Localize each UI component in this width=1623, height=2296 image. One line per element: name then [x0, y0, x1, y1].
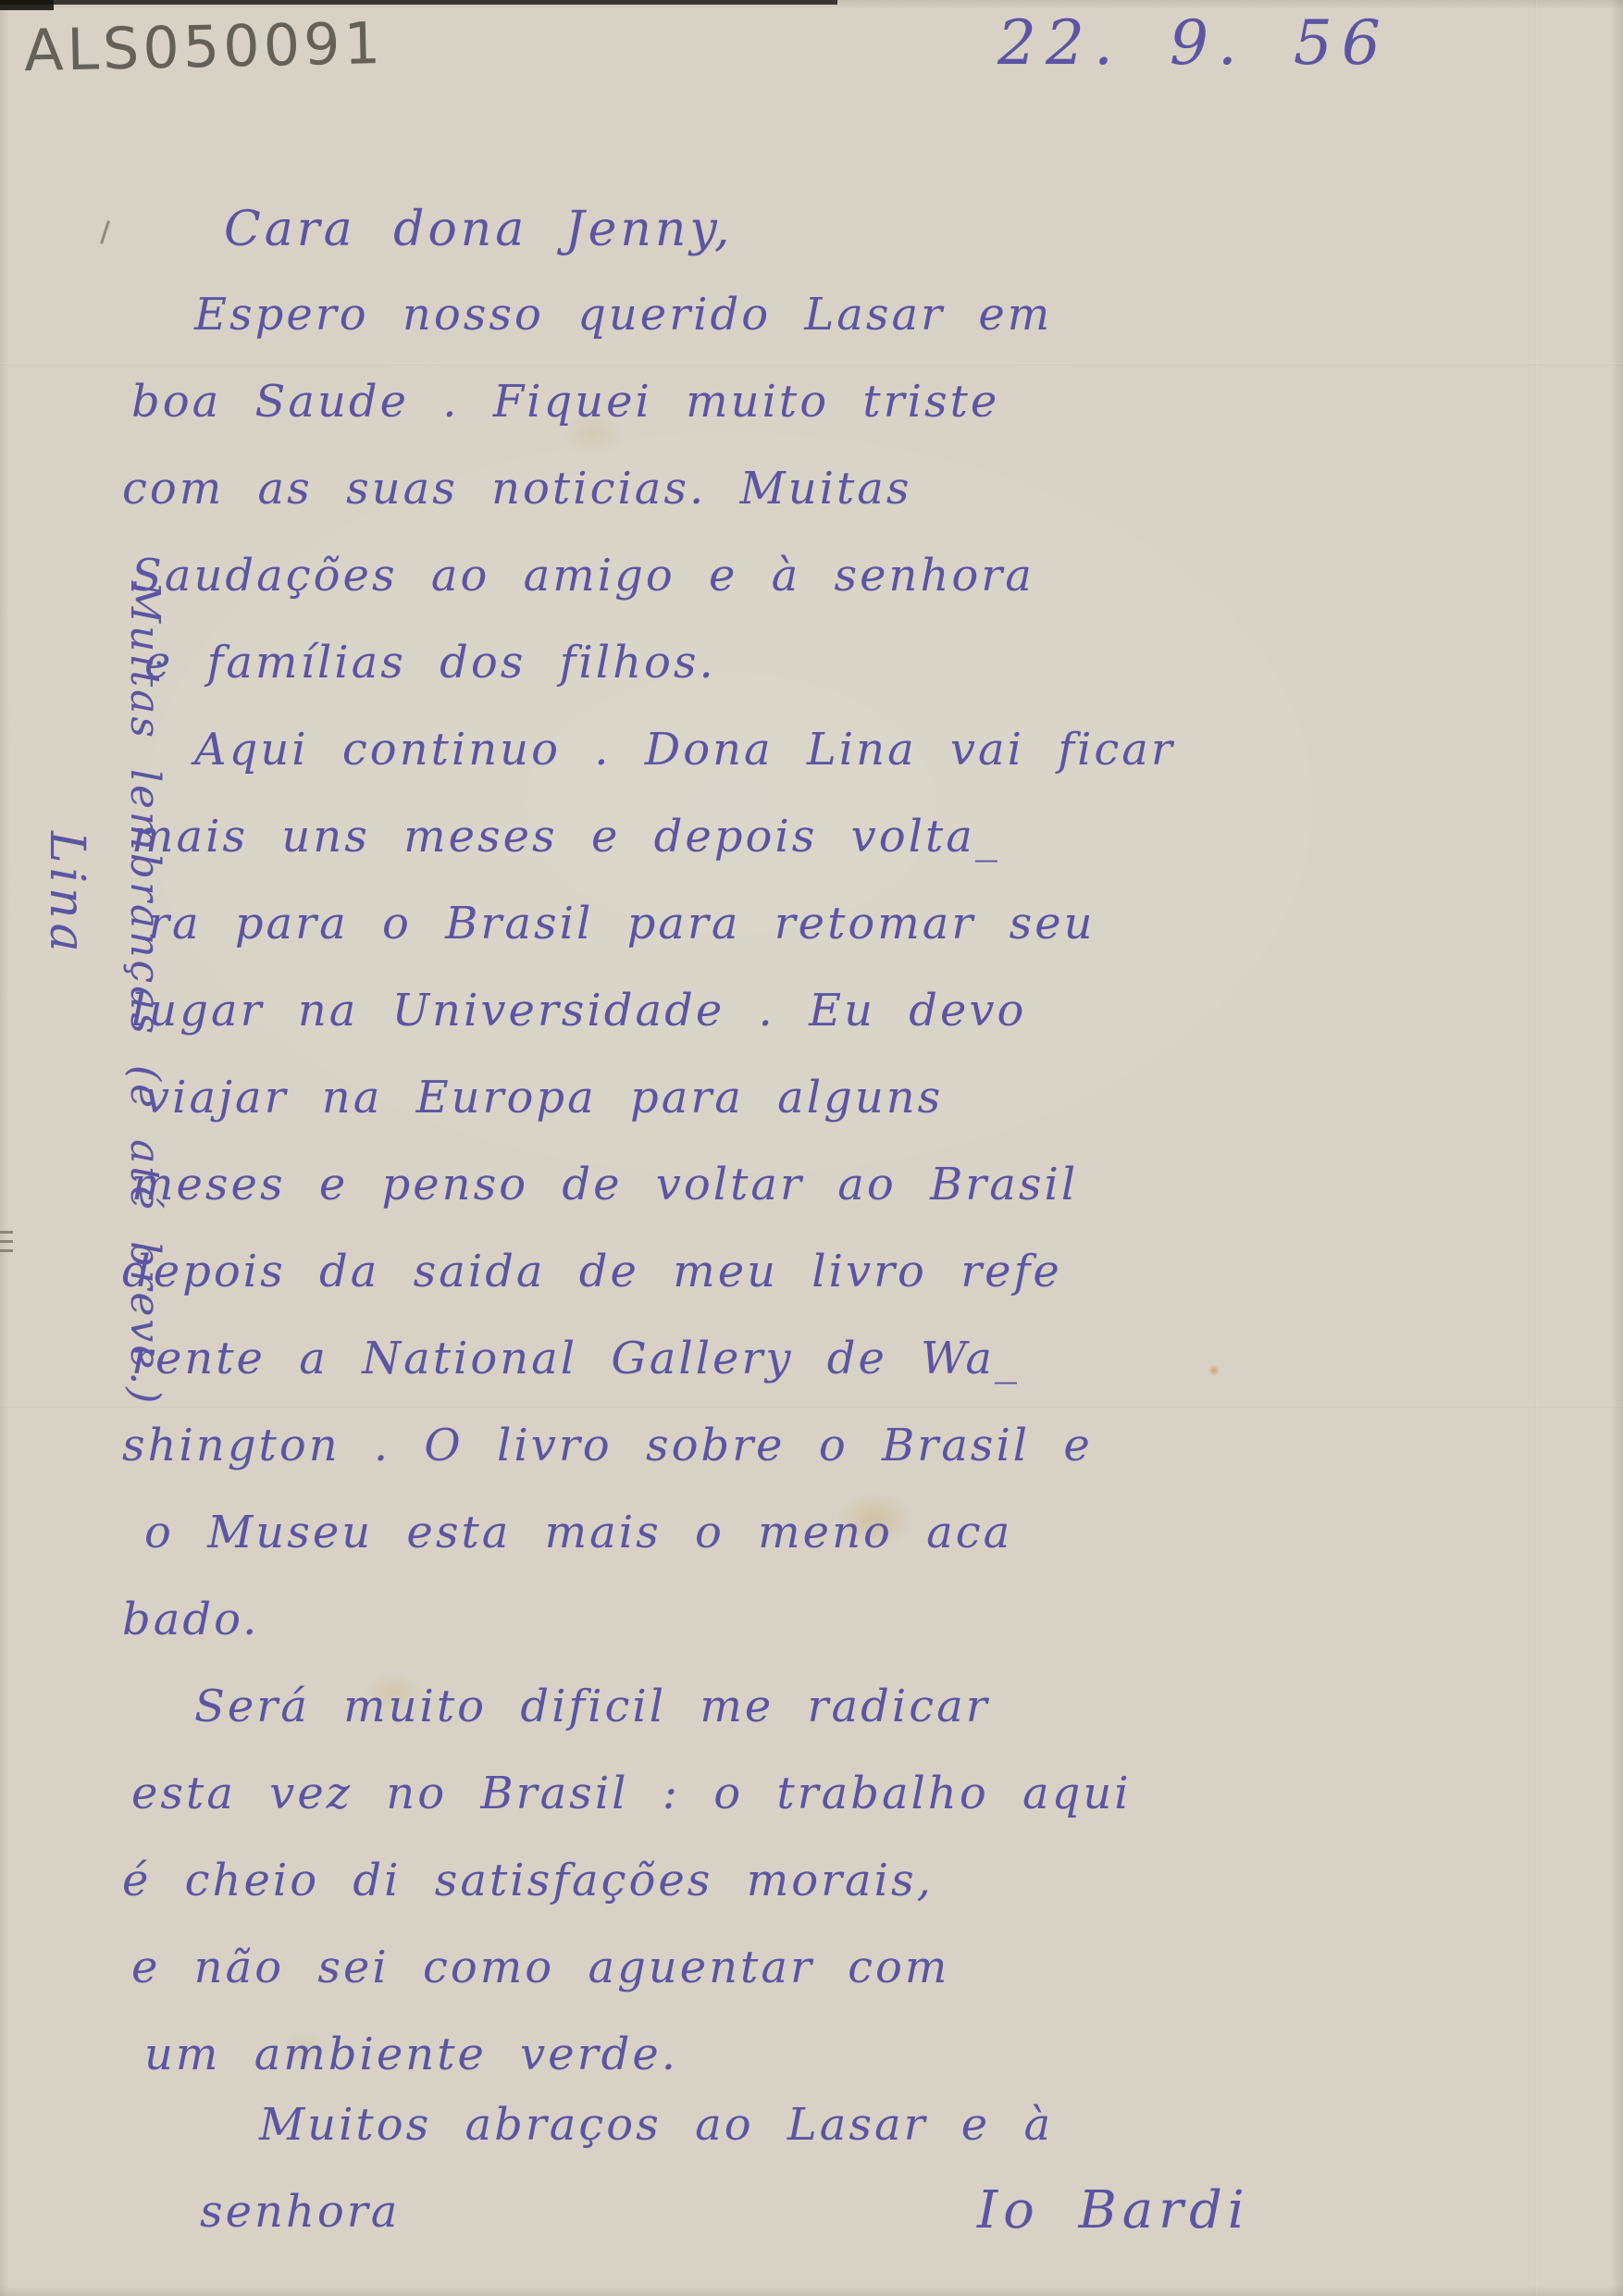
- letter-line: é cheio di satisfações morais,: [122, 1855, 1492, 1942]
- letter-line: depois da saida de meu livro refe: [122, 1246, 1492, 1333]
- letter-line: Aqui continuo . Dona Lina vai ficar: [194, 724, 1492, 811]
- letter-line: Saudações ao amigo e à senhora: [131, 550, 1492, 637]
- letter-scan-page: ALS050091 22. 9. 56 Cara dona Jenny, Esp…: [0, 0, 1623, 2296]
- letter-paragraph: Espero nosso querido Lasar emboa Saude .…: [122, 289, 1492, 724]
- letter-line: com as suas noticias. Muitas: [122, 463, 1492, 550]
- letter-salutation: Cara dona Jenny,: [224, 202, 733, 257]
- archive-code-pencil: ALS050091: [23, 9, 384, 84]
- letter-line: meses e penso de voltar ao Brasil: [131, 1159, 1492, 1246]
- letter-line: esta vez no Brasil : o trabalho aqui: [131, 1768, 1492, 1855]
- closing-line: senhora Io Bardi: [200, 2186, 1492, 2273]
- letter-line: lugar na Universidade . Eu devo: [131, 985, 1492, 1072]
- letter-line: viajar na Europa para alguns: [144, 1072, 1492, 1159]
- letter-line: boa Saude . Fiquei muito triste: [131, 376, 1492, 463]
- paper-crease-vertical: [1534, 0, 1537, 2296]
- pencil-tick-mark: [100, 220, 110, 244]
- letter-line: o Museu esta mais o meno aca: [144, 1507, 1492, 1594]
- closing-line: Muitos abraços ao Lasar e à: [259, 2099, 1492, 2186]
- letter-line: Será muito dificil me radicar: [194, 1681, 1492, 1768]
- letter-closing: Muitos abraços ao Lasar e à senhora Io B…: [122, 2099, 1492, 2273]
- letter-line: bado.: [122, 1594, 1492, 1681]
- letter-line: ra para o Brasil para retomar seu: [148, 898, 1492, 985]
- letter-line: shington . O livro sobre o Brasil e: [122, 1420, 1492, 1507]
- letter-paragraph: Aqui continuo . Dona Lina vai ficarmais …: [122, 724, 1492, 1681]
- letter-paragraph: Será muito dificil me radicaresta vez no…: [122, 1681, 1492, 2116]
- letter-body: Espero nosso querido Lasar emboa Saude .…: [122, 289, 1492, 2116]
- letter-line: Espero nosso querido Lasar em: [194, 289, 1492, 376]
- letter-line: e famílias dos filhos.: [144, 637, 1492, 724]
- margin-signature-lina: Lina: [39, 831, 94, 957]
- closing-word: senhora: [200, 2186, 400, 2238]
- margin-note-vertical: Muitas lembranças (e até breve.): [121, 581, 168, 1406]
- author-signature: Io Bardi: [977, 2180, 1250, 2240]
- letter-line: e não sei como aguentar com: [131, 1942, 1492, 2029]
- scan-corner-artifact: [0, 0, 54, 10]
- edge-tick-marks: [0, 1231, 13, 1259]
- letter-date: 22. 9. 56: [997, 7, 1390, 79]
- letter-line: mais uns meses e depois volta_: [131, 811, 1492, 898]
- scan-edge-artifact: [0, 0, 837, 5]
- letter-line: rente a National Gallery de Wa_: [131, 1333, 1492, 1420]
